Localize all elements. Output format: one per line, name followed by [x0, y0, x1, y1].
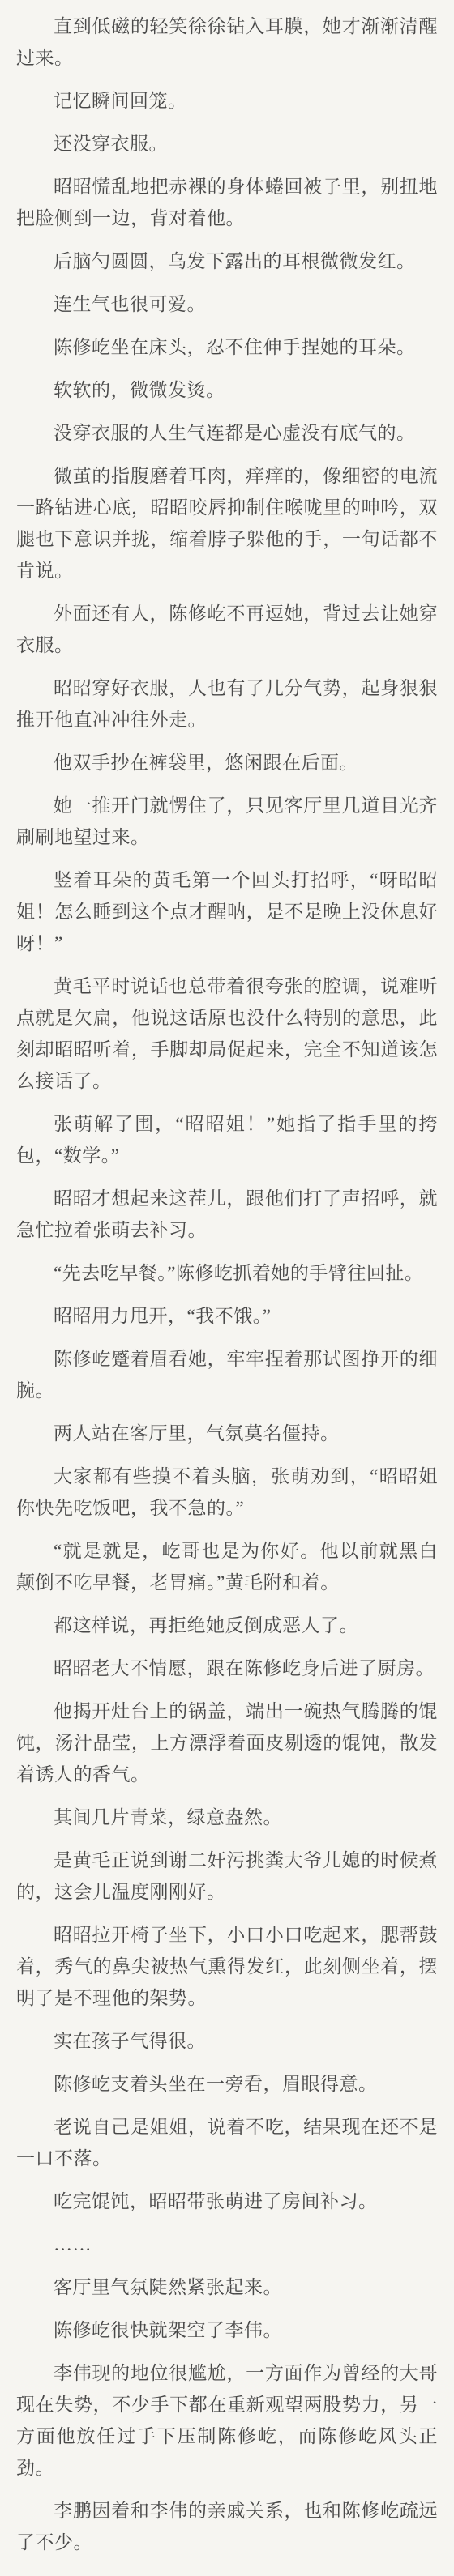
novel-paragraph: 后脑勺圆圆，乌发下露出的耳根微微发红。 [16, 245, 438, 277]
novel-paragraph: 昭昭穿好衣服，人也有了几分气势，起身狠狠推开他直冲冲往外走。 [16, 672, 438, 736]
novel-paragraph: 陈修屹坐在床头，忍不住伸手捏她的耳朵。 [16, 331, 438, 363]
novel-paragraph: 还没穿衣服。 [16, 128, 438, 160]
novel-paragraph: “就是就是，屹哥也是为你好。他以前就黑白颠倒不吃早餐，老胃痛。”黄毛附和着。 [16, 1535, 438, 1598]
novel-paragraph: 她一推开门就愣住了，只见客厅里几道目光齐刷刷地望过来。 [16, 790, 438, 853]
novel-paragraph: 竖着耳朵的黄毛第一个回头打招呼，“呀昭昭姐！怎么睡到这个点才醒呐，是不是晚上没休… [16, 864, 438, 959]
novel-paragraph: 他揭开灶台上的锅盖，端出一碗热气腾腾的馄饨，汤汁晶莹，上方漂浮着面皮剔透的馄饨，… [16, 1695, 438, 1790]
novel-paragraph: 外面还有人，陈修屹不再逗她，背过去让她穿衣服。 [16, 598, 438, 661]
novel-paragraph: 陈修屹支着头坐在一旁看，眉眼得意。 [16, 2068, 438, 2100]
novel-paragraph: 陈修屹很快就架空了李伟。 [16, 2314, 438, 2346]
novel-paragraph: “先去吃早餐。”陈修屹抓着她的手臂往回扯。 [16, 1257, 438, 1289]
novel-paragraph: 微茧的指腹磨着耳肉，痒痒的，像细密的电流一路钻进心底，昭昭咬唇抑制住喉咙里的呻吟… [16, 460, 438, 586]
reader-page[interactable]: 直到低磁的轻笑徐徐钻入耳膜，她才渐渐清醒过来。记忆瞬间回笼。还没穿衣服。昭昭慌乱… [0, 0, 454, 2576]
novel-paragraph: 昭昭老大不情愿，跟在陈修屹身后进了厨房。 [16, 1653, 438, 1684]
novel-paragraph: 昭昭才想起来这茬儿，跟他们打了声招呼，就急忙拉着张萌去补习。 [16, 1183, 438, 1246]
novel-paragraph: 客厅里气氛陡然紧张起来。 [16, 2271, 438, 2303]
novel-paragraph: 老说自己是姐姐，说着不吃，结果现在还不是一口不落。 [16, 2111, 438, 2174]
novel-paragraph: 昭昭用力甩开，“我不饿。” [16, 1300, 438, 1332]
novel-paragraph: 昭昭慌乱地把赤裸的身体蜷回被子里，别扭地把脸侧到一边，背对着他。 [16, 171, 438, 234]
novel-paragraph: 都这样说，再拒绝她反倒成恶人了。 [16, 1610, 438, 1641]
novel-paragraph: 是黄毛正说到谢二奸污挑粪大爷儿媳的时候煮的，这会儿温度刚刚好。 [16, 1845, 438, 1908]
novel-text: 直到低磁的轻笑徐徐钻入耳膜，她才渐渐清醒过来。记忆瞬间回笼。还没穿衣服。昭昭慌乱… [16, 11, 438, 2558]
novel-paragraph: …… [16, 2228, 438, 2260]
novel-paragraph: 直到低磁的轻笑徐徐钻入耳膜，她才渐渐清醒过来。 [16, 11, 438, 74]
novel-paragraph: 张萌解了围，“昭昭姐！”她指了指手里的挎包，“数学。” [16, 1108, 438, 1171]
novel-paragraph: 连生气也很可爱。 [16, 288, 438, 320]
novel-paragraph: 黄毛平时说话也总带着很夸张的腔调，说难听点就是欠扁，他说这话原也没什么特别的意思… [16, 970, 438, 1097]
novel-paragraph: 李伟现的地位很尴尬，一方面作为曾经的大哥现在失势，不少手下都在重新观望两股势力，… [16, 2357, 438, 2484]
novel-paragraph: 李鹏因着和李伟的亲戚关系，也和陈修屹疏远了不少。 [16, 2495, 438, 2558]
novel-paragraph: 吃完馄饨，昭昭带张萌进了房间补习。 [16, 2186, 438, 2217]
novel-paragraph: 没穿衣服的人生气连都是心虚没有底气的。 [16, 417, 438, 449]
novel-paragraph: 其间几片青菜，绿意盎然。 [16, 1802, 438, 1833]
novel-paragraph: 实在孩子气得很。 [16, 2025, 438, 2057]
novel-paragraph: 大家都有些摸不着头脑，张萌劝到，“昭昭姐你快先吃饭吧，我不急的。” [16, 1461, 438, 1524]
novel-paragraph: 陈修屹蹙着眉看她，牢牢捏着那试图挣开的细腕。 [16, 1343, 438, 1406]
novel-paragraph: 昭昭拉开椅子坐下，小口小口吃起来，腮帮鼓着，秀气的鼻尖被热气熏得发红，此刻侧坐着… [16, 1919, 438, 2014]
novel-paragraph: 他双手抄在裤袋里，悠闲跟在后面。 [16, 747, 438, 778]
novel-paragraph: 记忆瞬间回笼。 [16, 85, 438, 117]
novel-paragraph: 两人站在客厅里，气氛莫名僵持。 [16, 1418, 438, 1449]
novel-paragraph: 软软的，微微发烫。 [16, 374, 438, 406]
